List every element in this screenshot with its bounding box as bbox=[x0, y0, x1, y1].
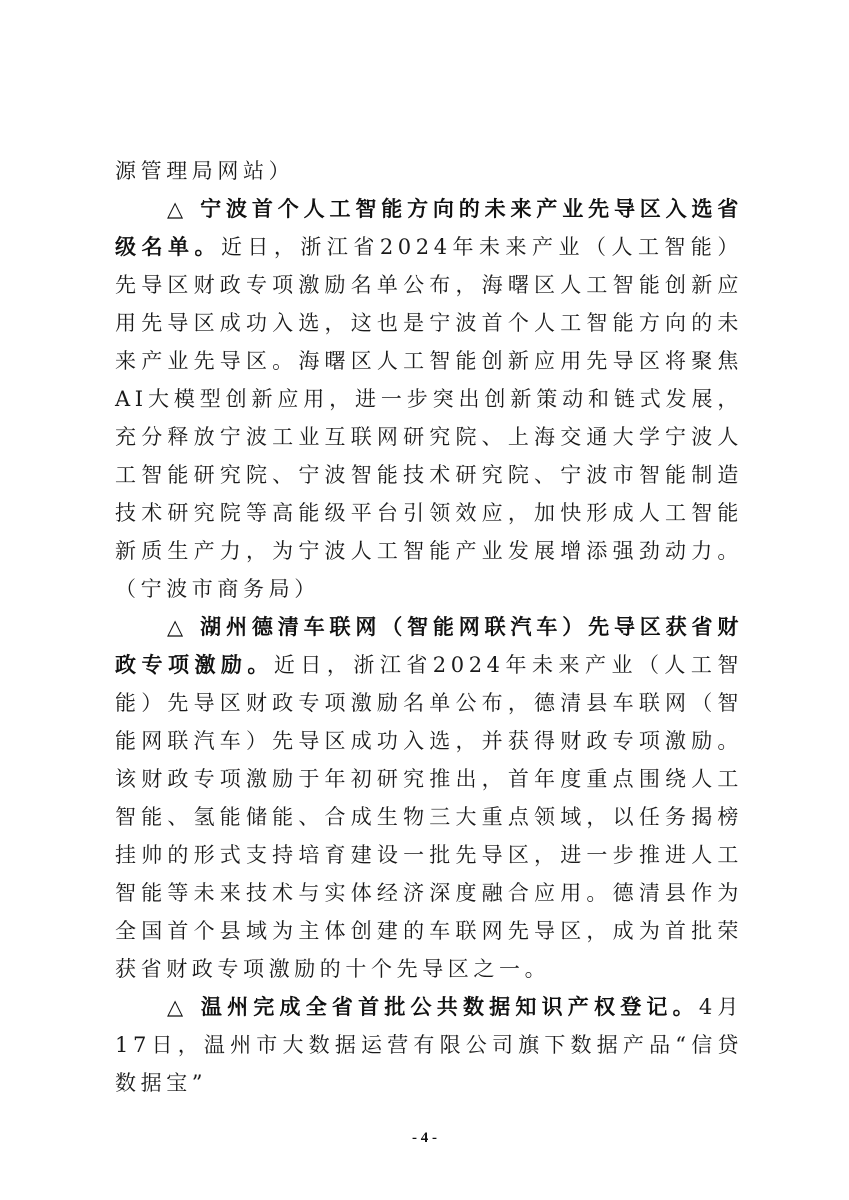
paragraph-body: 近日，浙江省2024年未来产业（人工智能）先导区财政专项激励名单公布，海曙区人工… bbox=[115, 235, 743, 601]
paragraph-continuation: 源管理局网站） bbox=[115, 152, 743, 190]
paragraph-body: 源管理局网站） bbox=[115, 159, 294, 183]
news-item-ningbo-ai: △ 宁波首个人工智能方向的未来产业先导区入选省级名单。近日，浙江省2024年未来… bbox=[115, 190, 743, 608]
paragraph-body: 近日，浙江省2024年未来产业（人工智能）先导区财政专项激励名单公布，德清县车联… bbox=[115, 653, 743, 981]
document-page: 源管理局网站） △ 宁波首个人工智能方向的未来产业先导区入选省级名单。近日，浙江… bbox=[115, 152, 743, 1102]
news-item-wenzhou-data: △ 温州完成全省首批公共数据知识产权登记。4月17日，温州市大数据运营有限公司旗… bbox=[115, 988, 743, 1102]
paragraph-heading: △ 温州完成全省首批公共数据知识产权登记。 bbox=[167, 994, 699, 1019]
page-number: - 4 - bbox=[0, 1130, 849, 1147]
news-item-huzhou-deqing: △ 湖州德清车联网（智能网联汽车）先导区获省财政专项激励。近日，浙江省2024年… bbox=[115, 608, 743, 988]
